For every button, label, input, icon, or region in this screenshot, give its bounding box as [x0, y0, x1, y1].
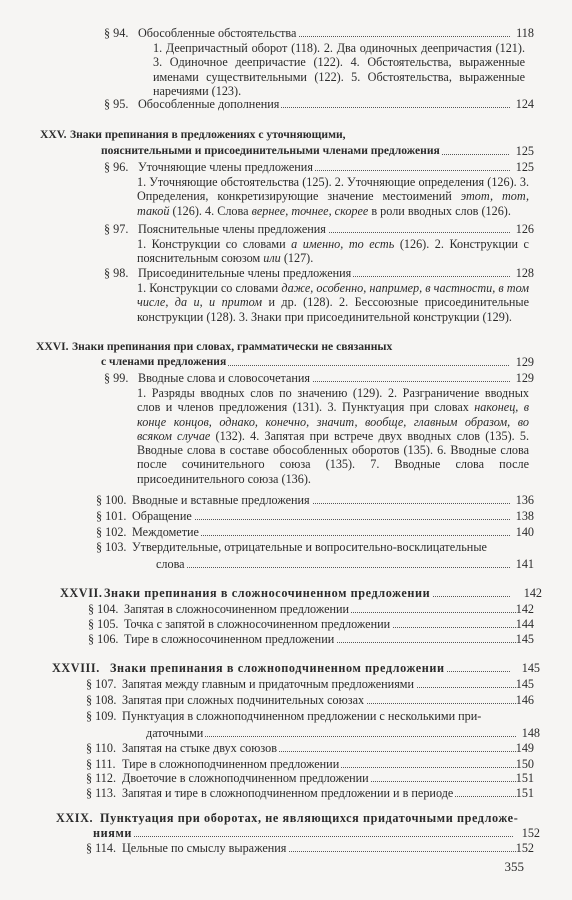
chapter-number: XXVII. — [60, 586, 103, 600]
section-title-text: Уточняющие члены предложения — [138, 160, 315, 174]
section-number: § 112. — [86, 771, 116, 785]
section-title: Запятая и тире в сложноподчиненном предл… — [122, 786, 516, 800]
section-title: Вводные и вставные предложения — [132, 493, 510, 507]
section-number: XXVI. — [36, 340, 69, 354]
section-description: 1. Конструкции со словами а именно, то е… — [137, 237, 529, 266]
italic-term: а именно, то есть — [291, 237, 394, 251]
section-title-text: Точка с запятой в сложносочиненном предл… — [124, 617, 392, 631]
page-ref: 145 — [504, 677, 534, 691]
chapter-title: ниями — [93, 826, 513, 840]
page-ref: 152 — [510, 826, 540, 840]
chapter-title-text: Знаки препинания в сложноподчиненном пре… — [110, 661, 447, 675]
section-title-text: Междометие — [132, 525, 201, 539]
chapter-title-text: пояснительными и присоединительными член… — [101, 144, 442, 157]
section-title: даточными — [146, 726, 516, 740]
description-text: 1. Разряды вводных слов по значению (129… — [137, 386, 529, 414]
section-number: § 100. — [96, 493, 126, 507]
chapter-title: с членами предложения — [101, 355, 509, 369]
section-title-text: Пояснительные члены предложения — [138, 222, 328, 236]
section-description: 1. Разряды вводных слов по значению (129… — [137, 386, 529, 486]
section-title-text: Запятая на стыке двух союзов — [122, 741, 279, 755]
page-ref: 151 — [504, 786, 534, 800]
page-ref: 129 — [504, 371, 534, 385]
italic-term: вернее, точнее, скорее — [252, 204, 369, 218]
page-ref: 138 — [504, 509, 534, 523]
section-title: Тире в сложносочиненном предложении — [124, 632, 516, 646]
page-ref: 151 — [504, 771, 534, 785]
page-ref: 136 — [504, 493, 534, 507]
page-ref: 142 — [504, 602, 534, 616]
section-title-text: Присоединительные члены предложения — [138, 266, 353, 280]
chapter-title-line: Пунктуация при оборотах, не являющихся п… — [100, 811, 518, 825]
section-title-text: даточными — [146, 726, 205, 740]
section-title-text: Обособленные обстоятельства — [138, 26, 298, 40]
page-ref: 141 — [504, 557, 534, 571]
section-number: § 114. — [86, 841, 116, 855]
section-title: Пояснительные члены предложения — [138, 222, 510, 236]
chapter-title: Знаки препинания в сложносочиненном пред… — [104, 586, 510, 600]
section-title: Запятая при сложных подчинительных союза… — [122, 693, 516, 707]
section-number: § 94. — [104, 26, 128, 40]
page-ref: 144 — [504, 617, 534, 631]
section-title: Двоеточие в сложноподчиненном предложени… — [122, 771, 516, 785]
section-title-text: Тире в сложносочиненном предложении — [124, 632, 336, 646]
section-title-text: Тире в сложноподчиненном предложении — [122, 757, 341, 771]
chapter-title-line: Знаки препинания в предложениях с уточня… — [70, 128, 346, 142]
section-title: Обращение — [132, 509, 510, 523]
italic-term: или — [263, 251, 281, 265]
section-description: 1. Деепричастный оборот (118). 2. Два од… — [153, 41, 525, 98]
section-title: Присоединительные члены предложения — [138, 266, 510, 280]
section-title-text: Запятая при сложных подчинительных союза… — [122, 693, 366, 707]
section-number: § 110. — [86, 741, 116, 755]
section-title-line: Утвердительные, отрицательные и вопросит… — [132, 540, 487, 554]
section-title-line: Пунктуация в сложноподчиненном предложен… — [122, 709, 481, 723]
section-number: § 108. — [86, 693, 116, 707]
chapter-title-text: ниями — [93, 826, 134, 840]
section-title-text: слова — [156, 557, 187, 571]
section-title-text: Обращение — [132, 509, 194, 523]
chapter-number: XXIX. — [56, 811, 93, 825]
description-text: 1. Конструкции со словами — [137, 281, 281, 295]
description-text: в роли вводных слов (126). — [368, 204, 511, 218]
page-ref: 126 — [504, 222, 534, 236]
section-number: § 111. — [86, 757, 116, 771]
section-number: § 109. — [86, 709, 116, 723]
section-title-text: Двоеточие в сложноподчиненном предложени… — [122, 771, 371, 785]
page-ref: 148 — [510, 726, 540, 740]
section-number: § 104. — [88, 602, 118, 616]
section-number: § 97. — [104, 222, 128, 236]
section-title: Обособленные дополнения — [138, 97, 510, 111]
page-ref: 125 — [504, 160, 534, 174]
section-title: Запятая в сложносочиненном предложении — [124, 602, 516, 616]
section-title-text: Запятая в сложносочиненном предложении — [124, 602, 351, 616]
section-title: Запятая между главным и придаточным пред… — [122, 677, 516, 691]
chapter-title-text: Знаки препинания в сложносочиненном пред… — [104, 586, 432, 600]
section-number: § 106. — [88, 632, 118, 646]
section-title-text: Цельные по смыслу выражения — [122, 841, 288, 855]
leader-dots — [93, 836, 513, 837]
toc-page: § 94.Обособленные обстоятельства1181. Де… — [0, 0, 572, 900]
page-ref: 152 — [504, 841, 534, 855]
section-title: Запятая на стыке двух союзов — [122, 741, 516, 755]
page-ref: 149 — [504, 741, 534, 755]
section-number: § 96. — [104, 160, 128, 174]
section-number: § 95. — [104, 97, 128, 111]
section-description: 1. Конструкции со словами даже, особенно… — [137, 281, 529, 324]
chapter-title-text: с членами предложения — [101, 355, 228, 368]
section-title: Междометие — [132, 525, 510, 539]
section-number: § 107. — [86, 677, 116, 691]
chapter-number: XXVIII. — [52, 661, 100, 675]
section-number: § 105. — [88, 617, 118, 631]
section-title: Тире в сложноподчиненном предложении — [122, 757, 516, 771]
page-ref: 150 — [504, 757, 534, 771]
page-ref: 140 — [504, 525, 534, 539]
description-text: (126). 4. Слова — [169, 204, 251, 218]
section-title: слова — [156, 557, 510, 571]
section-number: § 113. — [86, 786, 116, 800]
section-title-text: Запятая между главным и придаточным пред… — [122, 677, 416, 691]
page-ref: 146 — [504, 693, 534, 707]
section-title: Цельные по смыслу выражения — [122, 841, 516, 855]
section-title: Точка с запятой в сложносочиненном предл… — [124, 617, 516, 631]
page-ref: 125 — [504, 144, 534, 158]
description-text: 1. Конструкции со словами — [137, 237, 291, 251]
page-number: 355 — [505, 859, 525, 875]
section-title-text: Запятая и тире в сложноподчиненном предл… — [122, 786, 455, 800]
section-title-text: Вводные и вставные предложения — [132, 493, 312, 507]
section-number: § 98. — [104, 266, 128, 280]
section-description: 1. Уточняющие обстоятельства (125). 2. У… — [137, 175, 529, 218]
chapter-title-line: Знаки препинания при словах, грамматичес… — [72, 340, 392, 354]
section-number: § 103. — [96, 540, 126, 554]
section-title: Обособленные обстоятельства — [138, 26, 510, 40]
leader-dots — [156, 567, 510, 568]
page-ref: 129 — [504, 355, 534, 369]
section-title: Вводные слова и словосочетания — [138, 371, 510, 385]
page-ref: 142 — [512, 586, 542, 600]
page-ref: 124 — [504, 97, 534, 111]
section-number: § 102. — [96, 525, 126, 539]
page-ref: 145 — [510, 661, 540, 675]
section-title-text: Обособленные дополнения — [138, 97, 281, 111]
section-number: § 101. — [96, 509, 126, 523]
page-ref: 118 — [504, 26, 534, 40]
page-ref: 128 — [504, 266, 534, 280]
description-text: (127). — [281, 251, 314, 265]
page-ref: 145 — [504, 632, 534, 646]
chapter-title: пояснительными и присоединительными член… — [101, 144, 509, 158]
section-number: XXV. — [40, 128, 67, 142]
section-title: Уточняющие члены предложения — [138, 160, 510, 174]
section-number: § 99. — [104, 371, 128, 385]
section-title-text: Вводные слова и словосочетания — [138, 371, 312, 385]
chapter-title: Знаки препинания в сложноподчиненном пре… — [110, 661, 510, 675]
